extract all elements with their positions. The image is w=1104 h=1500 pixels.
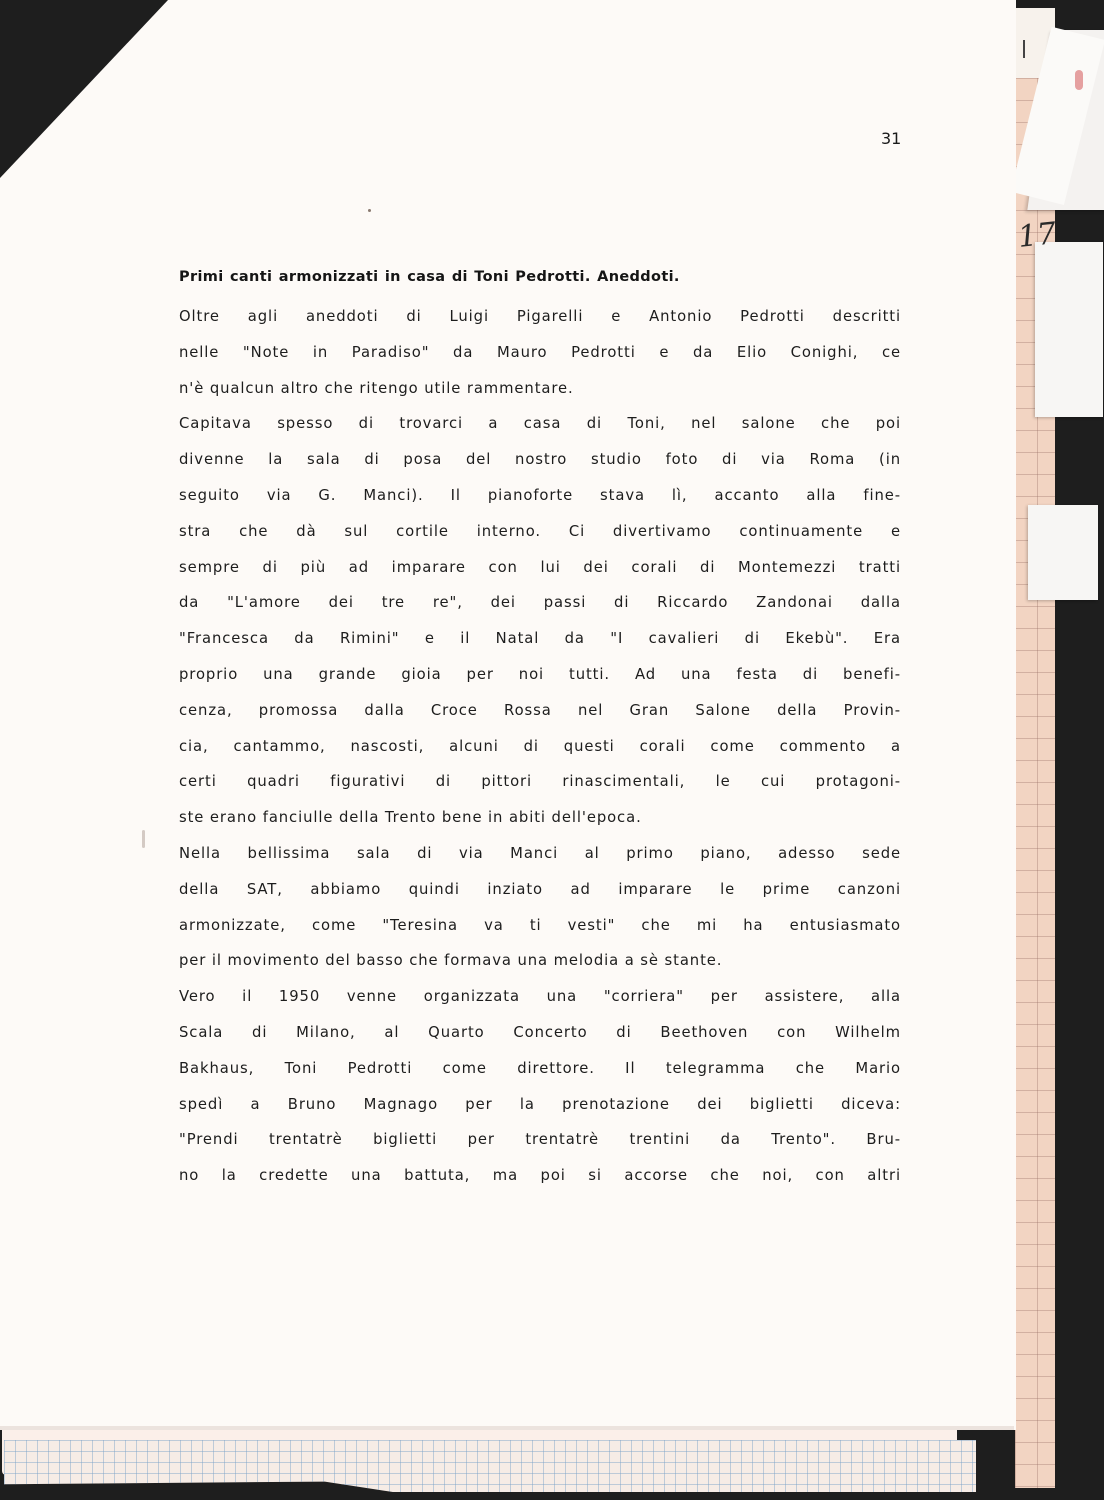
text-line: proprio una grande gioia per noi tutti. … <box>179 657 901 693</box>
page-number: 31 <box>881 129 901 148</box>
scanned-document: 17 31 Primi canti armonizzati in casa di… <box>0 0 1104 1500</box>
text-line: Capitava spesso di trovarci a casa di To… <box>179 406 901 442</box>
text-line: Nella bellissima sala di via Manci al pr… <box>179 836 901 872</box>
body-text: Oltre agli aneddoti di Luigi Pigarelli e… <box>179 299 901 1194</box>
document-page: 31 Primi canti armonizzati in casa di To… <box>0 0 1016 1430</box>
text-line: n'è qualcun altro che ritengo utile ramm… <box>179 371 901 407</box>
text-line: della SAT, abbiamo quindi inziato ad imp… <box>179 872 901 908</box>
text-line: spedì a Bruno Magnago per la prenotazion… <box>179 1087 901 1123</box>
pink-mark <box>1075 70 1083 90</box>
handwritten-mark: 17 <box>1016 216 1058 255</box>
text-line: stra che dà sul cortile interno. Ci dive… <box>179 514 901 550</box>
text-line: cia, cantammo, nascosti, alcuni di quest… <box>179 729 901 765</box>
text-line: "Francesca da Rimini" e il Natal da "I c… <box>179 621 901 657</box>
smudge <box>142 830 145 848</box>
text-line: no la credette una battuta, ma poi si ac… <box>179 1158 901 1194</box>
text-line: seguito via G. Manci). Il pianoforte sta… <box>179 478 901 514</box>
graph-paper-sheet <box>4 1440 976 1492</box>
text-line: "Prendi trentatrè biglietti per trentatr… <box>179 1122 901 1158</box>
speck <box>368 209 371 212</box>
text-line: Bakhaus, Toni Pedrotti come direttore. I… <box>179 1051 901 1087</box>
text-line: certi quadri figurativi di pittori rinas… <box>179 764 901 800</box>
tab-mark <box>1023 40 1025 58</box>
page-content: Primi canti armonizzati in casa di Toni … <box>179 264 901 1194</box>
text-line: ste erano fanciulle della Trento bene in… <box>179 800 901 836</box>
text-line: Scala di Milano, al Quarto Concerto di B… <box>179 1015 901 1051</box>
text-line: per il movimento del basso che formava u… <box>179 943 901 979</box>
paper-tab-3 <box>1028 505 1098 600</box>
page-edge <box>0 1426 1014 1430</box>
text-line: da "L'amore dei tre re", dei passi di Ri… <box>179 585 901 621</box>
text-line: armonizzate, come "Teresina va ti vesti"… <box>179 908 901 944</box>
text-line: Vero il 1950 venne organizzata una "corr… <box>179 979 901 1015</box>
text-line: nelle "Note in Paradiso" da Mauro Pedrot… <box>179 335 901 371</box>
text-line: divenne la sala di posa del nostro studi… <box>179 442 901 478</box>
paper-tab-2 <box>1035 242 1103 417</box>
section-heading: Primi canti armonizzati in casa di Toni … <box>179 264 901 291</box>
text-line: cenza, promossa dalla Croce Rossa nel Gr… <box>179 693 901 729</box>
text-line: sempre di più ad imparare con lui dei co… <box>179 550 901 586</box>
text-line: Oltre agli aneddoti di Luigi Pigarelli e… <box>179 299 901 335</box>
